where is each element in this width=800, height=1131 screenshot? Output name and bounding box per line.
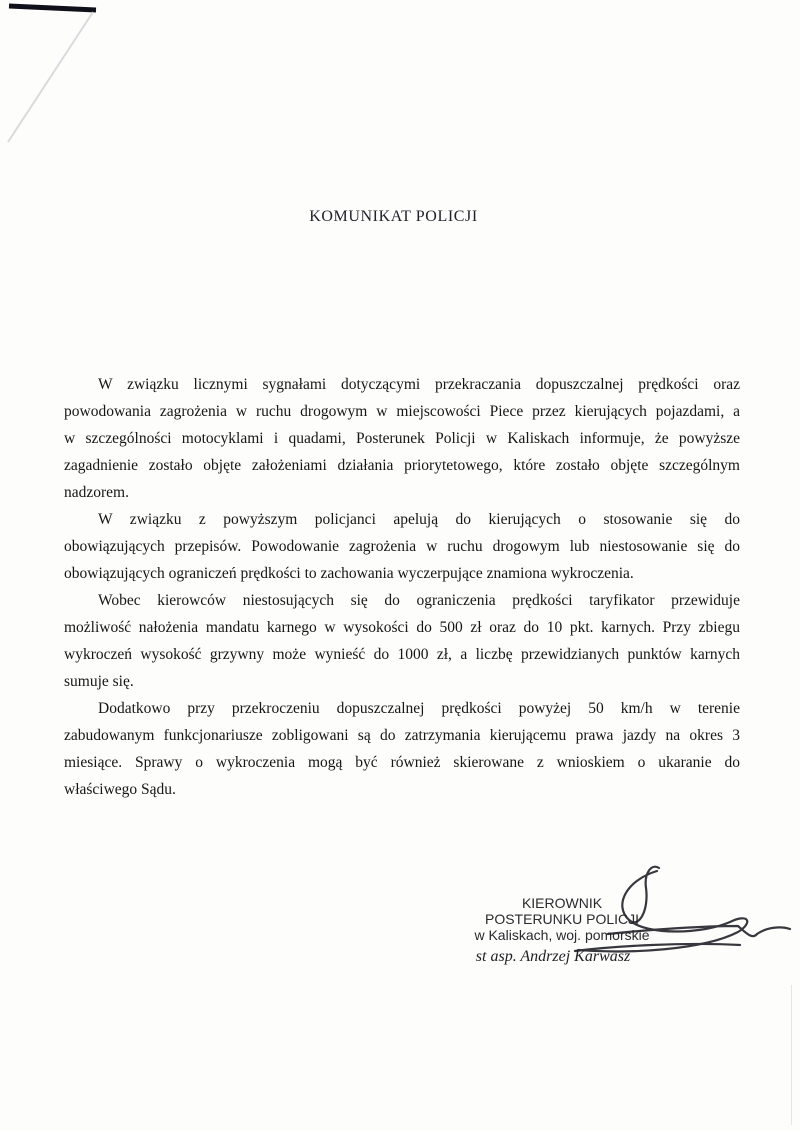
text-line: Dodatkowo przy przekroczeniu dopuszczaln… [64, 695, 740, 722]
text-line: nadzorem. [64, 479, 740, 506]
paragraph: Dodatkowo przy przekroczeniu dopuszczaln… [64, 695, 740, 803]
text-line: W związku z powyższym policjanci apelują… [64, 506, 740, 533]
paragraph: W związku z powyższym policjanci apelują… [64, 506, 740, 587]
text-line: obowiązujących ograniczeń prędkości to z… [64, 560, 740, 587]
text-line: powodowania zagrożenia w ruchu drogowym … [64, 398, 740, 425]
text-line: obowiązujących przepisów. Powodowanie za… [64, 533, 740, 560]
scan-corner-artifact [0, 0, 130, 160]
signature-role-line: KIEROWNIK [432, 895, 692, 911]
text-line: właściwego Sądu. [64, 776, 740, 803]
text-line: możliwość nałożenia mandatu karnego w wy… [64, 614, 740, 641]
text-line: sumuje się. [64, 668, 740, 695]
text-line: zagadnienie zostało objęte założeniami d… [64, 452, 740, 479]
paragraph: W związku licznymi sygnałami dotyczącymi… [64, 371, 740, 506]
text-line: zabudowanym funkcjonariusze zobligowani … [64, 722, 740, 749]
text-line: W związku licznymi sygnałami dotyczącymi… [64, 371, 740, 398]
page-title: KOMUNIKAT POLICJI [0, 206, 787, 228]
text-line: wykroczeń wysokość grzywny może wynieść … [64, 641, 740, 668]
paragraph: Wobec kierowców niestosujących się do og… [64, 587, 740, 695]
signature-unit-line: POSTERUNKU POLICJI [432, 911, 692, 927]
signature-block: KIEROWNIK POSTERUNKU POLICJI w Kaliskach… [432, 895, 692, 967]
text-line: w szczególności motocyklami i quadami, P… [64, 425, 740, 452]
body-text: W związku licznymi sygnałami dotyczącymi… [64, 371, 740, 803]
text-line: Wobec kierowców niestosujących się do og… [64, 587, 740, 614]
document-page: KOMUNIKAT POLICJI W związku licznymi syg… [0, 0, 800, 1131]
text-line: miesiące. Sprawy o wykroczenia mogą być … [64, 749, 740, 776]
signature-location-line: w Kaliskach, woj. pomorskie [432, 927, 692, 943]
scan-edge-line [791, 985, 792, 1125]
signature-name-line: st asp. Andrzej Karwasz [432, 947, 674, 967]
